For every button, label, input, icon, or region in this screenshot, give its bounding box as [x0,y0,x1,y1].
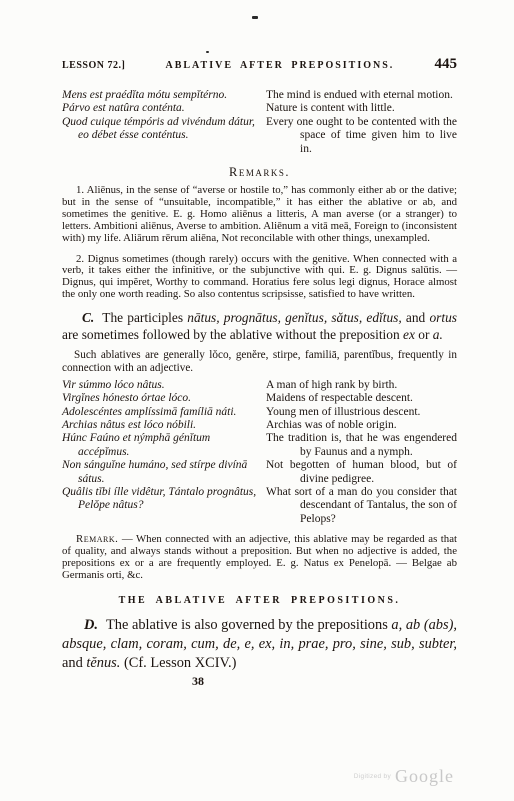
example-table-top: Mens est praédĭta mótu sempĭtérno. The m… [62,89,457,156]
signature-number: 38 [192,674,457,689]
latin-text: Párvo est natûra conténta. [62,102,261,115]
remark-paragraph-1: 1. Aliēnus, in the sense of “averse or h… [62,185,457,245]
example-row: Vir súmmo lóco nâtus. A man of high rank… [62,379,457,392]
google-logo: Google [395,766,454,786]
english-text: The tradition is, that he was engendered… [266,432,457,459]
such-ablatives-paragraph: Such ablatives are generally lŏco, genĕr… [62,349,457,376]
section-c-or: or [418,327,429,342]
remark-paragraph-2: 2. Dignus sometimes (though rarely) occu… [62,254,457,302]
section-c-label: C. [82,310,102,325]
digitized-by-google-watermark: Digitized byGoogle [354,766,454,787]
section-c-participles: nātus, prognātus, genĭtus, sătus, edĭtus… [187,310,401,325]
section-c-conjunction: and [406,310,425,325]
running-header: LESSON 72.] ABLATIVE AFTER PREPOSITIONS.… [62,56,457,73]
latin-text: Vir súmmo lóco nâtus. [62,379,261,392]
english-text: Young men of illustrious descent. [266,406,457,419]
english-text: What sort of a man do you consider that … [266,486,457,526]
english-text: Every one ought to be contented with the… [266,116,457,156]
example-row: Húnc Faúno et nýmphā génĭtum accépĭmus. … [62,432,457,459]
example-row: Quâlis tĭbi ílle vidêtur, Tántalo prognâ… [62,486,457,526]
latin-text: Virgĭnes hónesto órtae lóco. [62,392,261,405]
page-content: LESSON 72.] ABLATIVE AFTER PREPOSITIONS.… [62,56,457,689]
scanned-book-page: LESSON 72.] ABLATIVE AFTER PREPOSITIONS.… [0,0,514,801]
latin-text: Adolescéntes amplíssimā famíliā náti. [62,406,261,419]
section-heading: THE ABLATIVE AFTER PREPOSITIONS. [62,595,457,606]
section-d-label: D. [84,617,106,633]
example-row: Párvo est natûra conténta. Nature is con… [62,102,457,115]
section-c-ortus: ortus [429,310,457,325]
remark-note-text: — When connected with an adjective, this… [62,533,457,581]
section-c-paragraph: C.The participles nātus, prognātus, genĭ… [62,310,457,343]
section-d-reference: (Cf. Lesson XCIV.) [124,655,236,671]
scan-speck [252,16,258,19]
remark-note-label: Remark. [76,533,118,545]
english-text: The mind is endued with eternal motion. [266,89,457,102]
latin-text: Quâlis tĭbi ílle vidêtur, Tántalo prognâ… [62,486,261,526]
example-row: Non sánguĭne humáno, sed stírpe divínā s… [62,459,457,486]
example-row: Virgĭnes hónesto órtae lóco. Maidens of … [62,392,457,405]
remark-note-paragraph: Remark. — When connected with an adjecti… [62,533,457,581]
english-text: Archias was of noble origin. [266,419,457,432]
latin-text: Mens est praédĭta mótu sempĭtérno. [62,89,261,102]
latin-text: Húnc Faúno et nýmphā génĭtum accépĭmus. [62,432,261,459]
scan-speck [206,51,209,53]
latin-text: Quod cuique témpóris ad vivéndum dátur, … [62,116,261,156]
section-c-text: The participles [102,310,183,325]
section-d-text: The ablative is also governed by the pre… [106,617,388,633]
english-text: Maidens of respectable descent. [266,392,457,405]
section-c-ex: ex [403,327,415,342]
english-text: Nature is content with little. [266,102,457,115]
watermark-prefix: Digitized by [354,773,395,780]
section-d-conjunction: and [62,655,83,671]
example-table-bottom: Vir súmmo lóco nâtus. A man of high rank… [62,379,457,526]
section-d-paragraph: D.The ablative is also governed by the p… [62,616,457,672]
section-c-a: a. [433,327,443,342]
page-number: 445 [435,56,458,73]
example-row: Mens est praédĭta mótu sempĭtérno. The m… [62,89,457,102]
latin-text: Non sánguĭne humáno, sed stírpe divínā s… [62,459,261,486]
english-text: Not begotten of human blood, but of divi… [266,459,457,486]
section-d-last-prep: tĕnus. [86,655,120,671]
example-row: Adolescéntes amplíssimā famíliā náti. Yo… [62,406,457,419]
example-row: Quod cuique témpóris ad vivéndum dátur, … [62,116,457,156]
latin-text: Archias nâtus est lóco nóbili. [62,419,261,432]
example-row: Archias nâtus est lóco nóbili. Archias w… [62,419,457,432]
lesson-label: LESSON 72.] [62,60,125,71]
section-c-after: are sometimes followed by the ablative w… [62,327,400,342]
english-text: A man of high rank by birth. [266,379,457,392]
remarks-heading: Remarks. [62,165,457,180]
running-title: ABLATIVE AFTER PREPOSITIONS. [125,60,434,71]
